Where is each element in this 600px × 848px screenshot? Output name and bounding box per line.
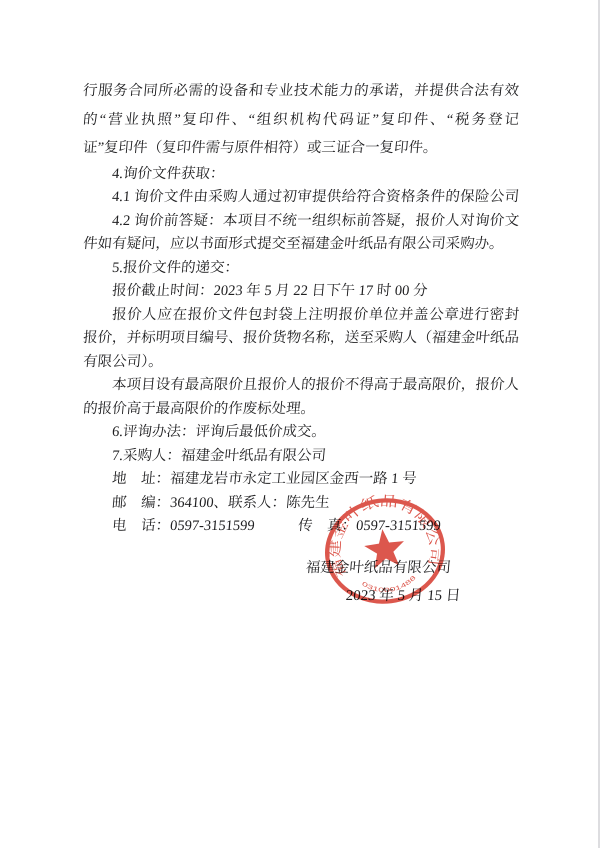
body-line: 的“营业执照”复印件、“组织机构代码证”复印件、“税务登记 [82,106,520,135]
body-line: 4.1 询价文件由采购人通过初审提供给符合资格条件的保险公司 [82,186,520,210]
paragraph: 4.询价文件获取： 4.1 询价文件由采购人通过初审提供给符合资格条件的保险公司… [83,163,519,539]
body-line: 本项目设有最高限价且报价人的报价不得高于最高限价，报价人 [82,374,520,398]
body-line: 的报价高于最高限价的作废标处理。 [82,398,520,422]
company-seal: 福建金叶纸品有限公司 0310001488 [315,490,457,614]
seal-graphic: 福建金叶纸品有限公司 0310001488 [320,490,449,608]
body-line: 有限公司）。 [82,351,520,375]
body-line: 报价人应在报价文件包封袋上注明报价单位并盖公章进行密封 [82,304,520,328]
body-line: 行服务合同所必需的设备和专业技术能力的承诺，并提供合法有效 [82,77,520,106]
body-line: 6.评询办法：评询后最低价成交。 [82,421,520,445]
body-line: 地 址：福建龙岩市永定工业园区金西一路 1 号 [82,468,520,492]
body-line: 件如有疑问，应以书面形式提交至福建金叶纸品有限公司采购办。 [82,233,520,257]
body-line: 4.2 询价前答疑：本项目不统一组织标前答疑，报价人对询价文 [82,210,520,234]
body-line: 5.报价文件的递交： [82,257,520,281]
paragraph: 行服务合同所必需的设备和专业技术能力的承诺，并提供合法有效 的“营业执照”复印件… [83,77,519,163]
body-line: 报价，并标明项目编号、报价货物名称，送至采购人（福建金叶纸品 [82,327,520,351]
body-line: 4.询价文件获取： [82,163,520,187]
body-line: 7.采购人：福建金叶纸品有限公司 [82,445,520,469]
scanned-document-page: 行服务合同所必需的设备和专业技术能力的承诺，并提供合法有效 的“营业执照”复印件… [0,0,600,848]
body-line: 证”复印件（复印件需与原件相符）或三证合一复印件。 [82,134,520,163]
body-line: 报价截止时间：2023 年 5 月 22 日下午 17 时 00 分 [82,280,520,304]
star-icon [362,527,406,570]
document-body: 行服务合同所必需的设备和专业技术能力的承诺，并提供合法有效 的“营业执照”复印件… [83,77,519,539]
